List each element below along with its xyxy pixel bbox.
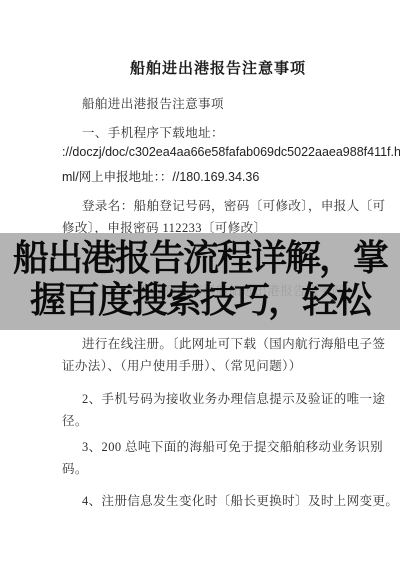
caption-overlay-text: 船出港报告流程详解，掌 握百度搜索技巧，轻松 [0,237,400,321]
caption-line-1: 船出港报告流程详解，掌 [0,237,400,279]
doc-line: 证办法）、（用户使用手册）、（常见问题）） [62,356,302,374]
doc-line: 4、注册信息发生变化时〔船长更换时〕及时上网变更。 [82,491,398,509]
report-url-text: ml/网上申报地址：：//180.169.34.36 [62,167,259,185]
doc-line: 登录名：船舶登记号码，密码〔可修改〕，申报人〔可 [82,196,385,214]
download-url-text: ://doczj/doc/c302ea4aa66e58fafab069dc502… [62,145,400,159]
doc-line: 码。 [62,459,88,477]
doc-line: 船舶进出港报告注意事项 [82,94,224,112]
doc-line: 进行在线注册。〔此网址可下载（国内航行海船电子签 [82,334,385,352]
document-page: 船舶进出港报告注意事项 船舶进出港报告注意事项 一、手机程序下载地址： ://d… [0,0,400,566]
caption-line-2: 握百度搜索技巧，轻松 [0,279,400,321]
doc-line: 径。 [62,411,88,429]
doc-line: 2、手机号码为接收业务办理信息提示及验证的唯一途 [82,389,385,407]
doc-line: 一、手机程序下载地址： [82,123,224,141]
document-title: 船舶进出港报告注意事项 [36,57,400,78]
doc-line: 3、200 总吨下面的海船可免于提交船舶移动业务识别 [82,437,383,455]
